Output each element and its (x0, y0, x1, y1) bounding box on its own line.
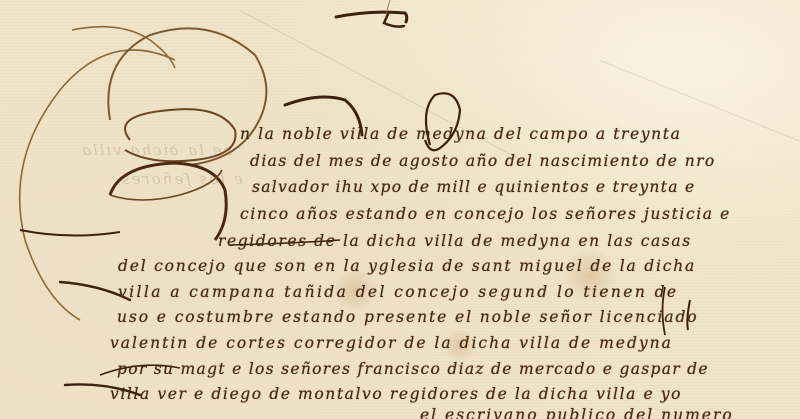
manuscript-line-12: el escrivano publico del numero (420, 406, 734, 419)
manuscript-line-4: cinco años estando en concejo los señore… (240, 205, 731, 223)
bleed-through-text: e los ſeñores (120, 170, 243, 188)
manuscript-line-6: del concejo que son en la yglesia de san… (118, 257, 696, 275)
paper-fold (600, 60, 800, 158)
manuscript-page: ᴅe la ꝺicha vılla e los ſeñores n la nob… (0, 0, 800, 419)
manuscript-line-5: regidores de la dicha villa de medyna en… (218, 232, 692, 250)
manuscript-line-9: valentin de cortes corregidor de la dich… (110, 334, 673, 352)
manuscript-line-2: dias del mes de agosto año del nascimien… (250, 152, 716, 170)
manuscript-line-3: salvador ihu xpo de mill e quinientos e … (252, 178, 695, 196)
manuscript-line-11: villa ver e diego de montalvo regidores … (110, 385, 682, 403)
manuscript-line-8: uso e costumbre estando presente el nobl… (117, 308, 699, 326)
bleed-through-text: ᴅe la ꝺicha vılla (80, 140, 232, 160)
manuscript-line-10: por su magt e los señores francisco diaz… (117, 360, 709, 378)
manuscript-line-7: villa a campana tañida del concejo segun… (118, 283, 679, 301)
manuscript-line-1: n la noble villa de medyna del campo a t… (240, 125, 681, 143)
